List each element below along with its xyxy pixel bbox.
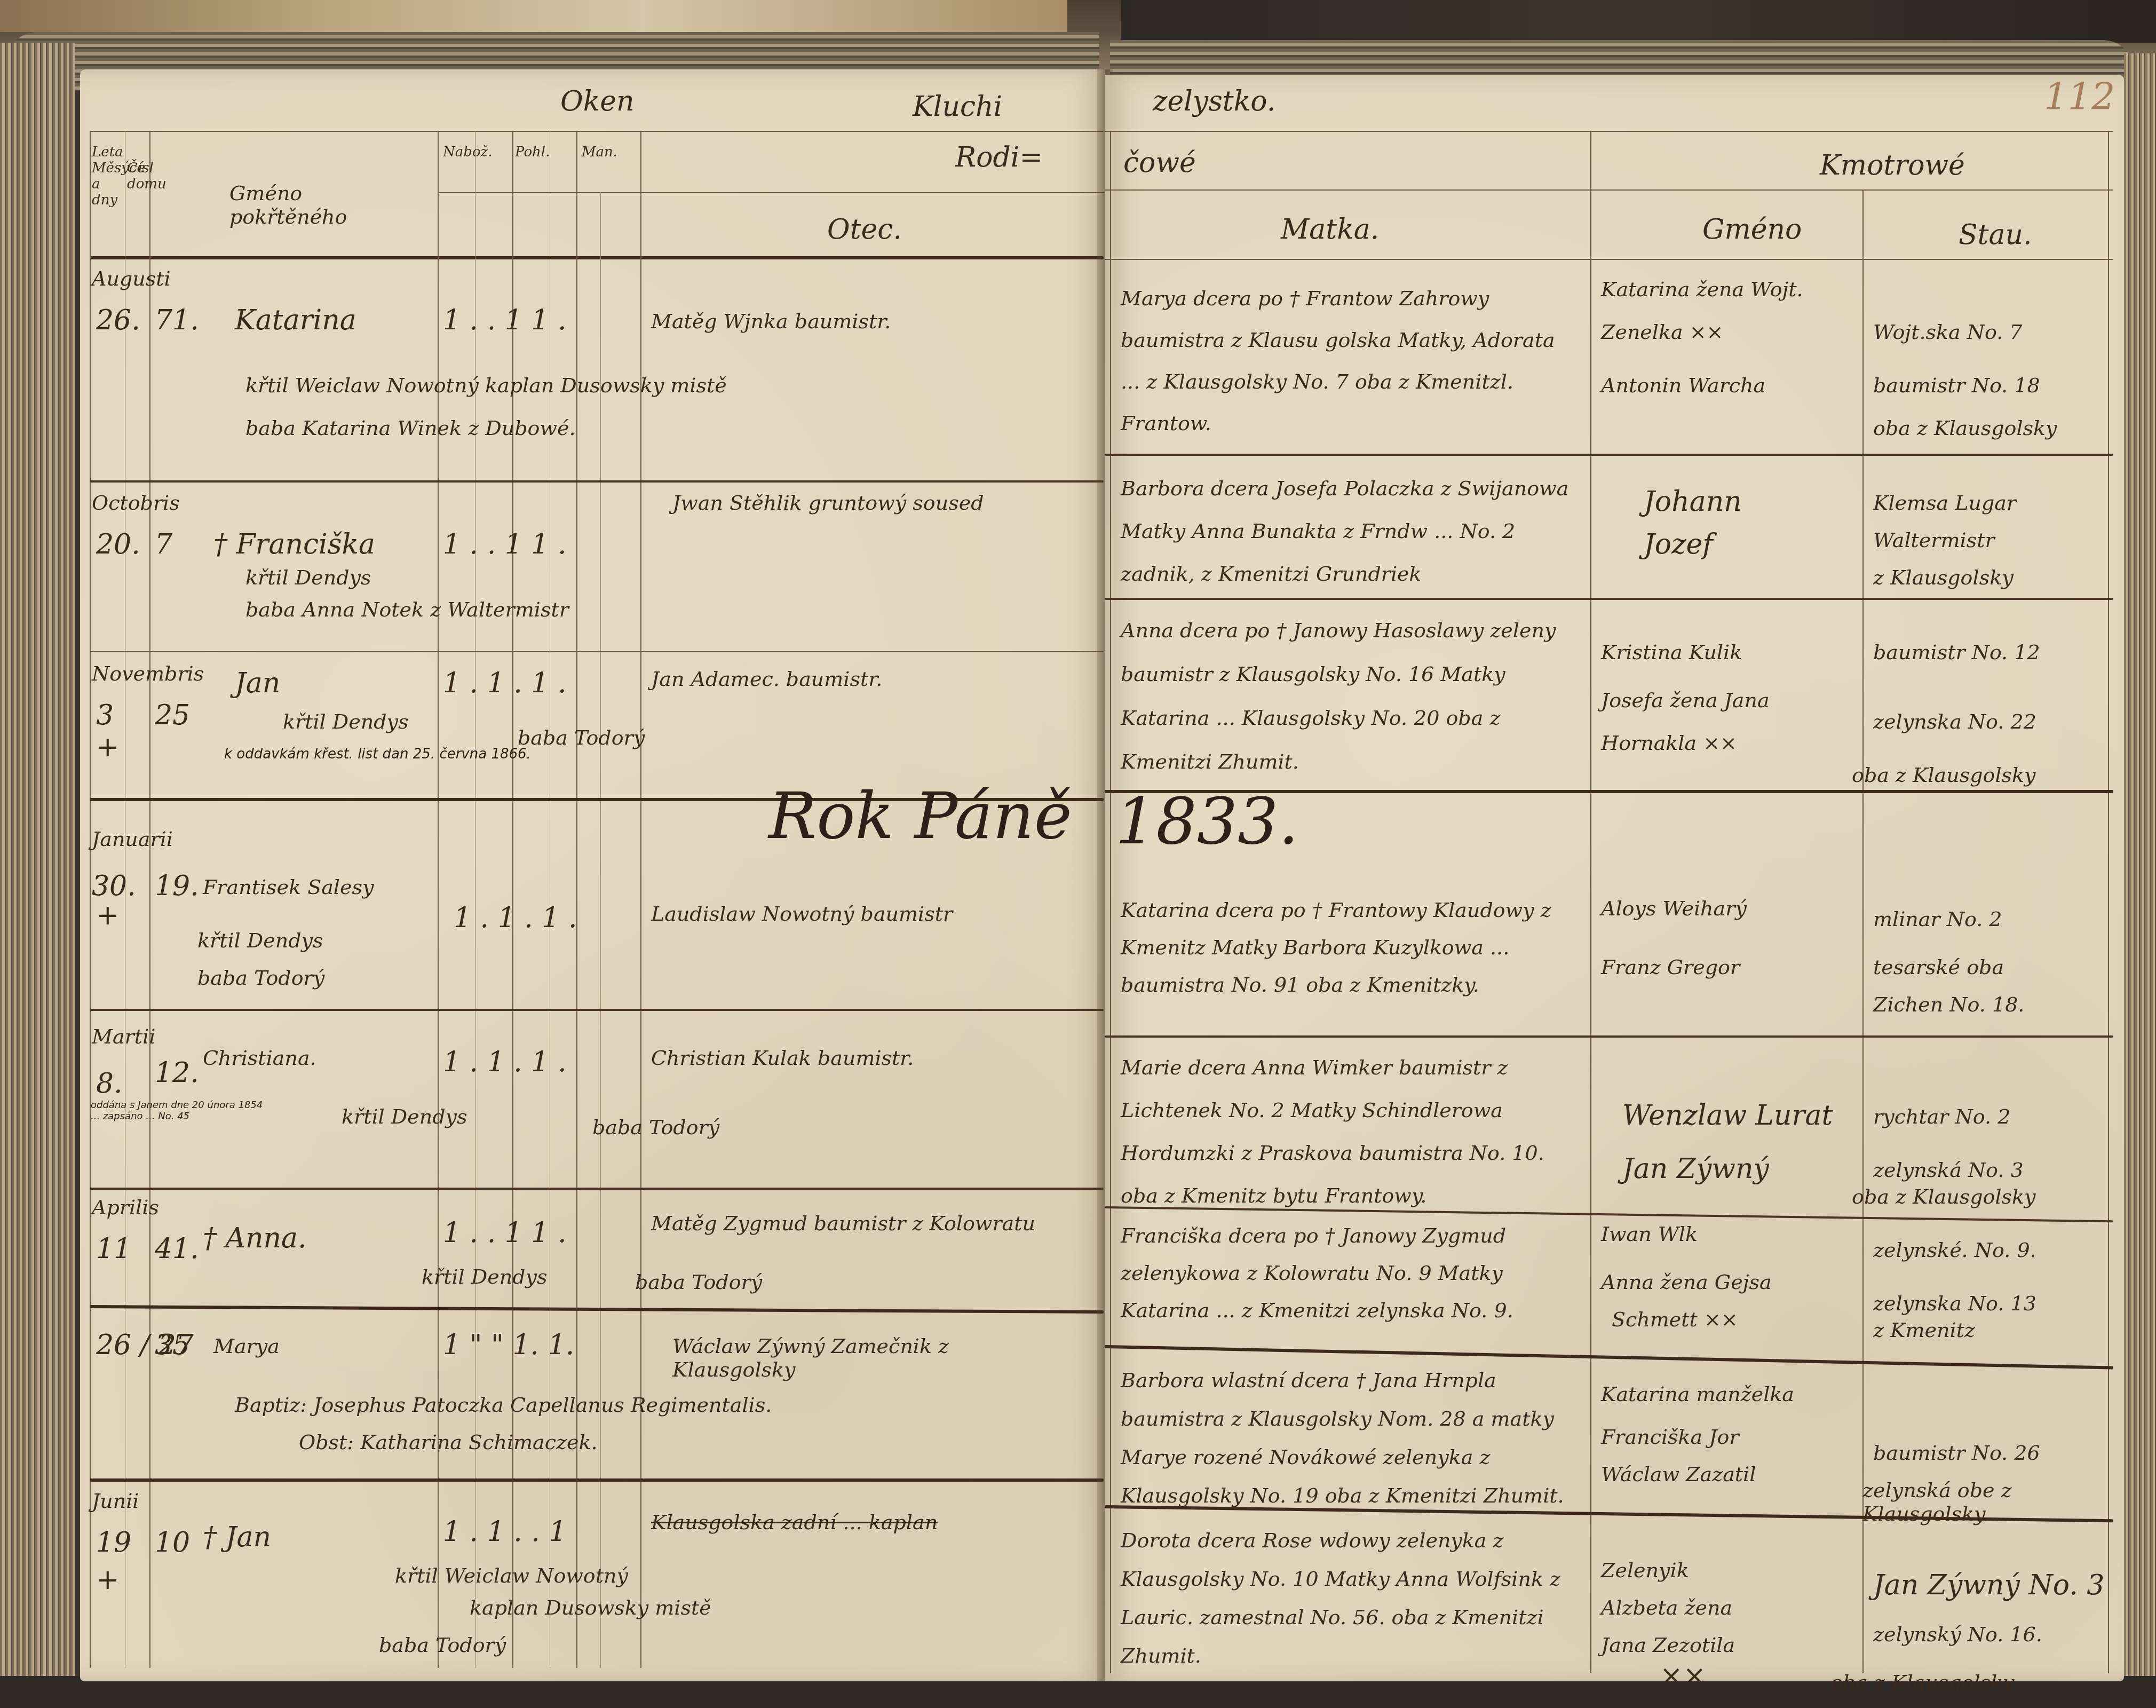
- entry-house-no: 12.: [155, 1057, 199, 1089]
- entry-divider: [90, 651, 1104, 652]
- entry-note: baba Anna Notek z Waltermistr: [245, 598, 569, 621]
- death-cross-icon: +: [96, 899, 120, 931]
- entry-godparent-status: Klemsa Lugar: [1873, 491, 2016, 515]
- entry-godparent: Anna žena Gejsa: [1601, 1270, 1772, 1294]
- entry-mother: Marya dcera po † Frantow Zahrowy baumist…: [1121, 278, 1580, 444]
- struck-father-entry: Klausgolska zadní ... kaplan: [651, 1511, 938, 1534]
- entry-marks: 1 . 1 . . 1: [443, 1516, 567, 1548]
- entry-godparent-status: oba z Klausgolsky: [1873, 416, 2057, 440]
- entry-name: Christiana.: [203, 1046, 316, 1070]
- entry-godparent: Katarina žena Wojt.: [1601, 278, 1803, 301]
- entry-godparent: Schmett ××: [1612, 1308, 1738, 1331]
- col-header-date: Leta Měsýce a dny: [92, 144, 124, 208]
- entry-note: křtil Dendys: [283, 710, 409, 733]
- entry-mother: Franciška dcera po † Janowy Zygmud zelen…: [1121, 1217, 1580, 1329]
- entry-marks: 1 . 1 . 1 .: [443, 667, 567, 699]
- entry-godparent-status: baumistr No. 18: [1873, 374, 2040, 397]
- entry-day: 19: [96, 1527, 131, 1559]
- entry-godparent-status: Jan Zýwný No. 3: [1873, 1569, 2104, 1601]
- entry-day: 3: [96, 699, 114, 731]
- entry-name: † Anna.: [203, 1222, 307, 1254]
- entry-divider: [1105, 1035, 2113, 1038]
- entry-note: křtil Dendys: [422, 1265, 548, 1288]
- entry-name: Frantisek Salesy: [203, 875, 374, 899]
- entry-house-no: 41.: [155, 1233, 199, 1265]
- book-cover-right: [1121, 0, 2156, 43]
- entry-godparent: Wenzlaw Lurat: [1622, 1100, 1833, 1132]
- entry-mother: Barbora wlastní dcera † Jana Hrnpla baum…: [1121, 1361, 1580, 1515]
- entry-father: Jwan Stěhlik gruntowý soused: [672, 491, 984, 515]
- entry-day: 20.: [96, 528, 140, 560]
- entry-note: baba Todorý: [518, 726, 645, 749]
- column-rule: [640, 131, 641, 1668]
- entry-note: Obst: Katharina Schimaczek.: [299, 1430, 598, 1454]
- entry-house-no: 25: [155, 699, 190, 731]
- later-annotation: oddána s Janem dne 20 února 1854 ... zap…: [91, 1100, 267, 1122]
- entry-godparent: Antonin Warcha: [1601, 374, 1765, 397]
- entry-house-no: 35: [155, 1329, 190, 1361]
- entry-name: † Jan: [203, 1521, 271, 1553]
- header-title-word: Rodi=: [955, 141, 1043, 173]
- entry-godparent-status: Waltermistr: [1873, 528, 1995, 552]
- header-sub-rule: [438, 192, 1105, 193]
- entry-godparent-status: rychtar No. 2: [1873, 1105, 2010, 1128]
- table-top-rule: [1105, 131, 2113, 132]
- column-rule: [90, 131, 91, 1668]
- entry-godparent: Zelenyik: [1601, 1559, 1689, 1582]
- entry-house-no: 19.: [155, 870, 199, 902]
- entry-note: křtil Weiclaw Nowotný: [395, 1564, 628, 1587]
- entry-marks: 1 . . 1 1 .: [443, 304, 567, 336]
- book-cover-left: [0, 0, 1067, 32]
- col-header-mother: Matka.: [1281, 213, 1379, 246]
- entry-mother: Barbora dcera Josefa Polaczka z Swijanow…: [1121, 467, 1580, 595]
- entry-month: Martii: [92, 1025, 155, 1048]
- entry-godparent-status: oba z Klausgolsky: [1852, 763, 2036, 787]
- entry-marks: 1 . . 1 1 .: [443, 1217, 567, 1249]
- header-bottom-rule: [90, 256, 1104, 259]
- entry-godparent: Wáclaw Zazatil: [1601, 1462, 1756, 1486]
- later-annotation: k oddavkám křest. list dan 25. června 18…: [224, 746, 531, 762]
- col-header-godparent-name: Gméno: [1702, 213, 1802, 246]
- entry-note: baba Todorý: [635, 1270, 762, 1294]
- entry-month: Januarii: [92, 827, 173, 851]
- col-header-father: Otec.: [827, 213, 902, 246]
- entry-month: Novembris: [92, 662, 204, 685]
- entry-month: Junii: [92, 1489, 139, 1513]
- col-header-sex: Pohl.: [515, 144, 550, 160]
- header-title-word: čowé: [1123, 147, 1196, 179]
- entry-father: Jan Adamec. baumistr.: [651, 667, 882, 691]
- col-header-godparent-status: Stau.: [1959, 219, 2032, 251]
- entry-month: Augusti: [92, 267, 171, 290]
- column-rule: [1110, 131, 1111, 1673]
- entry-day: 11: [96, 1233, 131, 1265]
- entry-name: † Franciška: [213, 528, 375, 560]
- entry-godparent: Katarina manželka: [1601, 1382, 1794, 1406]
- entry-note: křtil Weiclaw Nowotný kaplan Dusowsky mi…: [245, 374, 727, 397]
- entry-name: Jan: [235, 667, 280, 699]
- year-heading-right: 1833.: [1115, 785, 1299, 859]
- entry-godparent-status: z Kmenitz: [1873, 1318, 1975, 1342]
- entry-godparent: Iwan Wlk: [1601, 1222, 1698, 1246]
- header-title-word: Oken: [560, 85, 634, 117]
- entry-godparent-status: oba z Klausgolsky: [1830, 1671, 2015, 1694]
- entry-godparent: Alzbeta žena: [1601, 1596, 1732, 1619]
- entry-godparent-status: zelynská No. 3: [1873, 1158, 2024, 1182]
- page-number: 112: [2044, 75, 2115, 118]
- entry-day: 30.: [92, 870, 136, 902]
- death-cross-icon: +: [96, 731, 120, 763]
- entry-godparent-status: baumistr No. 26: [1873, 1441, 2040, 1465]
- entry-name: Katarina: [235, 304, 356, 336]
- entry-godparent: Zenelka ××: [1601, 320, 1723, 344]
- entry-godparent-status: zelynska No. 22: [1873, 710, 2036, 733]
- entry-mother: Katarina dcera po † Frantowy Klaudowy z …: [1121, 891, 1580, 1003]
- entry-divider: [90, 1009, 1104, 1011]
- entry-father: Laudislaw Nowotný baumistr: [651, 902, 953, 926]
- entry-father: Matěg Wjnka baumistr.: [651, 310, 891, 333]
- entry-house-no: 7: [155, 528, 172, 560]
- entry-divider: [90, 1478, 1104, 1482]
- entry-mother: Dorota dcera Rose wdowy zelenyka z Klaus…: [1121, 1521, 1580, 1675]
- entry-godparent: Hornakla ××: [1601, 731, 1737, 755]
- entry-marks: 1 . 1 . 1 .: [454, 902, 577, 934]
- entry-godparent: Jozef: [1644, 528, 1713, 560]
- entry-mother: Marie dcera Anna Wimker baumistr z Licht…: [1121, 1046, 1580, 1217]
- entry-godparent: Jan Zýwný: [1622, 1153, 1769, 1185]
- entry-godparent-status: zelynské. No. 9.: [1873, 1238, 2036, 1262]
- column-rule: [1862, 189, 1864, 1673]
- entry-note: baba Todorý: [197, 966, 324, 990]
- entry-godparent-status: mlinar No. 2: [1873, 907, 2002, 931]
- entry-day: 26.: [96, 304, 140, 336]
- year-heading-left: Rok Páně: [768, 779, 1072, 853]
- column-rule: [1590, 131, 1591, 1673]
- entry-godparent-status: oba z Klausgolsky: [1852, 1185, 2036, 1208]
- column-rule: [600, 192, 601, 1668]
- entry-note: baba Katarina Winek z Dubowé.: [245, 416, 575, 440]
- header-sub-rule: [1105, 189, 2113, 191]
- left-page: Oken Kluchi Rodi= Leta Měsýce a dny Čísl…: [80, 69, 1105, 1681]
- col-header-house: Čísl domu: [127, 160, 148, 192]
- header-title-word: zelystko.: [1153, 85, 1275, 117]
- entry-marks: 1 . 1 . 1 .: [443, 1046, 567, 1078]
- entry-marks: 1 . . 1 1 .: [443, 528, 567, 560]
- entry-note: křtil Dendys: [197, 929, 323, 952]
- entry-divider: [90, 1188, 1104, 1190]
- leaf-edges-left: [0, 43, 75, 1692]
- entry-godparent: Franciška Jor: [1601, 1425, 1739, 1449]
- entry-godparent: ××: [1660, 1660, 1706, 1692]
- entry-mother: Anna dcera po † Janowy Hasoslawy zeleny …: [1121, 608, 1580, 784]
- column-rule: [149, 131, 150, 1668]
- entry-note: kaplan Dusowsky mistě: [470, 1596, 711, 1619]
- entry-note: baba Todorý: [592, 1116, 719, 1139]
- entry-day: 8.: [96, 1067, 123, 1100]
- right-page: zelystko. čowé 112 Kmotrowé Matka. Gméno…: [1105, 75, 2124, 1681]
- col-header-legitimacy: Man.: [582, 144, 617, 160]
- entry-note: baba Todorý: [379, 1633, 506, 1657]
- entry-godparent: Johann: [1644, 486, 1742, 518]
- leaf-edges-right: [2124, 53, 2156, 1687]
- death-cross-icon: +: [96, 1564, 120, 1596]
- entry-godparent-status: Zichen No. 18.: [1873, 993, 2024, 1016]
- header-title-word: Kluchi: [913, 91, 1002, 123]
- entry-divider: [1105, 598, 2113, 600]
- entry-name: Marya: [213, 1334, 280, 1358]
- entry-house-no: 10: [155, 1527, 190, 1559]
- entry-note: křtil Dendys: [245, 566, 371, 589]
- entry-godparent: Jana Zezotila: [1601, 1633, 1735, 1657]
- entry-godparent-status: zelynský No. 16.: [1873, 1623, 2042, 1646]
- entry-house-no: 71.: [155, 304, 199, 336]
- entry-note: Baptiz: Josephus Patoczka Capellanus Reg…: [235, 1393, 772, 1417]
- entry-father: Christian Kulak baumistr.: [651, 1046, 914, 1070]
- entry-godparent: Franz Gregor: [1601, 955, 1740, 979]
- header-bottom-rule: [1105, 259, 2113, 260]
- col-header-religion: Nabož.: [443, 144, 493, 160]
- entry-godparent-status: tesarské oba: [1873, 955, 2004, 979]
- page-right-rule: [2108, 131, 2109, 1673]
- entry-divider: [1105, 454, 2113, 456]
- entry-month: Aprilis: [92, 1196, 159, 1219]
- entry-godparent-status: zelynska No. 13: [1873, 1292, 2036, 1315]
- entry-father: Wáclaw Zýwný Zamečnik z Klausgolsky: [672, 1334, 950, 1381]
- entry-month: Octobris: [92, 491, 180, 515]
- entry-divider: [90, 480, 1104, 483]
- entry-godparent-status: z Klausgolsky: [1873, 566, 2014, 589]
- entry-godparent: Aloys Weiharý: [1601, 897, 1747, 920]
- entry-godparent: Josefa žena Jana: [1601, 689, 1770, 712]
- entry-father: Matěg Zygmud baumistr z Kolowratu: [651, 1212, 1035, 1235]
- entry-godparent-status: baumistr No. 12: [1873, 640, 2040, 664]
- col-header-name: Gméno pokřtěného: [229, 181, 390, 228]
- entry-divider: [90, 1305, 1104, 1314]
- entry-godparent-status: Wojt.ska No. 7: [1873, 320, 2023, 344]
- table-top-rule: [90, 131, 1104, 132]
- entry-marks: 1 " " 1. 1.: [443, 1329, 574, 1361]
- col-header-godparents: Kmotrowé: [1820, 149, 1965, 181]
- entry-godparent: Kristina Kulik: [1601, 640, 1742, 664]
- entry-note: křtil Dendys: [342, 1105, 467, 1128]
